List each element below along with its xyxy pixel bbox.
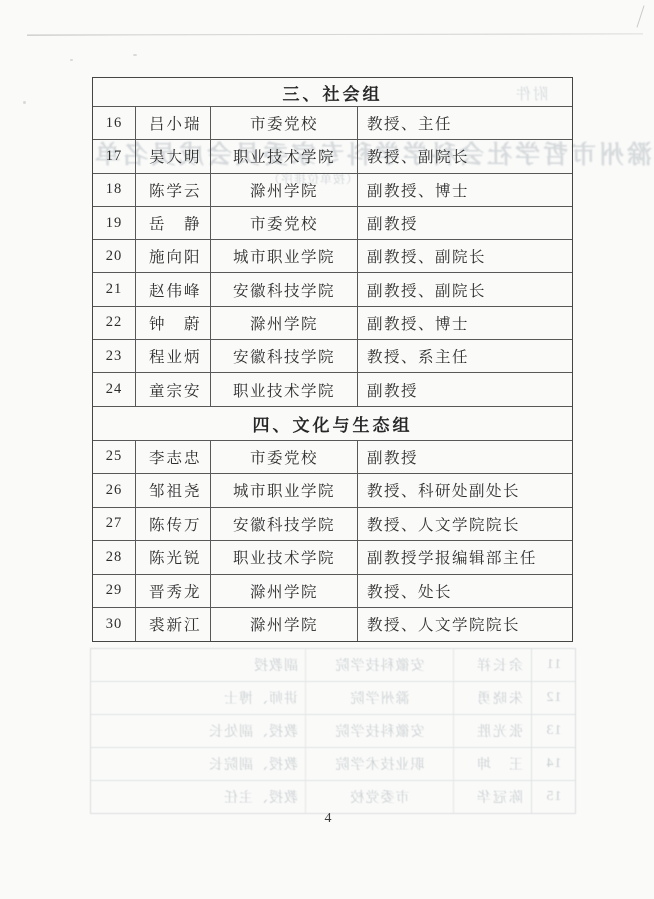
bleedthrough-cell: 11: [531, 649, 575, 681]
cell-number: 22: [93, 307, 136, 339]
cell-name: 程业炳: [136, 340, 211, 372]
table-row: 25 李志忠 市委党校 副教授: [93, 440, 572, 474]
bleedthrough-cell: 15: [531, 781, 575, 813]
section-header-social-group: 三、社会组: [93, 78, 572, 106]
cell-name: 钟 蔚: [136, 307, 211, 339]
cell-number: 17: [93, 140, 136, 172]
bleedthrough-cell: 陈冠华: [453, 781, 531, 813]
cell-institution: 市委党校: [211, 207, 358, 239]
page-number: 4: [320, 811, 336, 827]
cell-institution: 城市职业学院: [211, 240, 358, 272]
table-row: 30 裘新江 滁州学院 教授、人文学院院长: [93, 607, 572, 641]
cell-institution: 市委党校: [211, 441, 358, 474]
cell-title: 副教授、副院长: [358, 240, 572, 272]
bleedthrough-cell: 职业技术学院: [305, 748, 453, 780]
cell-title: 教授、副院长: [358, 140, 572, 172]
cell-title: 教授、人文学院院长: [358, 508, 572, 541]
cell-number: 16: [93, 107, 136, 139]
cell-title: 副教授: [358, 441, 572, 474]
bleedthrough-row: 13 张光胜 安徽科技学院 教授、副处长: [91, 714, 575, 747]
bleedthrough-cell: 14: [531, 748, 575, 780]
bleedthrough-cell: 张光胜: [453, 715, 531, 747]
cell-number: 21: [93, 273, 136, 305]
table-row: 18 陈学云 滁州学院 副教授、博士: [93, 173, 572, 206]
scan-speck: [23, 101, 26, 104]
cell-name: 晋秀龙: [136, 575, 211, 608]
bleedthrough-cell: 12: [531, 682, 575, 714]
cell-name: 邹祖尧: [136, 474, 211, 507]
table-row: 24 童宗安 职业技术学院 副教授: [93, 372, 572, 405]
cell-number: 23: [93, 340, 136, 372]
table-row: 21 赵伟峰 安徽科技学院 副教授、副院长: [93, 272, 572, 305]
cell-title: 副教授: [358, 373, 572, 405]
cell-institution: 职业技术学院: [211, 140, 358, 172]
cell-institution: 滁州学院: [211, 307, 358, 339]
bleedthrough-cell: 副教授: [91, 649, 305, 681]
cell-title: 教授、主任: [358, 107, 572, 139]
cell-title: 副教授、副院长: [358, 273, 572, 305]
cell-number: 26: [93, 474, 136, 507]
bleedthrough-row: 14 王 坤 职业技术学院 教授、副院长: [91, 747, 575, 780]
cell-number: 25: [93, 441, 136, 474]
cell-name: 吴大明: [136, 140, 211, 172]
bleedthrough-cell: 安徽科技学院: [305, 649, 453, 681]
cell-name: 施向阳: [136, 240, 211, 272]
cell-title: 副教授: [358, 207, 572, 239]
bleedthrough-cell: 讲师、博士: [91, 682, 305, 714]
scanned-document-page: 附件 滁州市哲学社会科学学科专家委员会成员名单 （按单位排序） 三、社会组 16…: [0, 0, 654, 899]
bleedthrough-cell: 13: [531, 715, 575, 747]
table-row: 19 岳 静 市委党校 副教授: [93, 206, 572, 239]
cell-number: 27: [93, 508, 136, 541]
cell-number: 28: [93, 541, 136, 574]
cell-title: 副教授学报编辑部主任: [358, 541, 572, 574]
cell-institution: 滁州学院: [211, 174, 358, 206]
cell-number: 20: [93, 240, 136, 272]
cell-institution: 安徽科技学院: [211, 340, 358, 372]
cell-name: 童宗安: [136, 373, 211, 405]
cell-number: 19: [93, 207, 136, 239]
bleedthrough-cell: 朱晓勇: [453, 682, 531, 714]
cell-name: 岳 静: [136, 207, 211, 239]
bleedthrough-cell: 教授、副院长: [91, 748, 305, 780]
bleedthrough-cell: 王 坤: [453, 748, 531, 780]
scan-speck: [70, 59, 73, 61]
scan-artifact-line: [27, 33, 643, 35]
cell-institution: 职业技术学院: [211, 541, 358, 574]
cell-title: 教授、科研处副处长: [358, 474, 572, 507]
bleedthrough-cell: 教授、主任: [91, 781, 305, 813]
table-row: 26 邹祖尧 城市职业学院 教授、科研处副处长: [93, 473, 572, 507]
table-row: 23 程业炳 安徽科技学院 教授、系主任: [93, 339, 572, 372]
bleedthrough-cell: 市委党校: [305, 781, 453, 813]
bleedthrough-row: 11 余长祥 安徽科技学院 副教授: [91, 649, 575, 681]
section-header-culture-ecology-group: 四、文化与生态组: [93, 406, 572, 440]
cell-name: 陈光锐: [136, 541, 211, 574]
cell-name: 裘新江: [136, 608, 211, 641]
cell-institution: 滁州学院: [211, 608, 358, 641]
cell-number: 24: [93, 373, 136, 405]
cell-institution: 职业技术学院: [211, 373, 358, 405]
cell-name: 吕小瑞: [136, 107, 211, 139]
roster-table: 三、社会组 16 吕小瑞 市委党校 教授、主任 17 吴大明 职业技术学院 教授…: [92, 77, 573, 642]
cell-title: 教授、系主任: [358, 340, 572, 372]
cell-name: 陈传万: [136, 508, 211, 541]
cell-institution: 安徽科技学院: [211, 508, 358, 541]
table-row: 29 晋秀龙 滁州学院 教授、处长: [93, 574, 572, 608]
cell-name: 李志忠: [136, 441, 211, 474]
bleedthrough-row: 12 朱晓勇 滁州学院 讲师、博士: [91, 681, 575, 714]
bleedthrough-row: 15 陈冠华 市委党校 教授、主任: [91, 780, 575, 813]
cell-title: 教授、人文学院院长: [358, 608, 572, 641]
bleedthrough-cell: 教授、副处长: [91, 715, 305, 747]
cell-institution: 市委党校: [211, 107, 358, 139]
cell-institution: 城市职业学院: [211, 474, 358, 507]
bleedthrough-cell: 滁州学院: [305, 682, 453, 714]
scan-artifact-scratch: [636, 5, 644, 27]
cell-number: 29: [93, 575, 136, 608]
table-row: 22 钟 蔚 滁州学院 副教授、博士: [93, 306, 572, 339]
cell-title: 副教授、博士: [358, 174, 572, 206]
bleedthrough-table: 11 余长祥 安徽科技学院 副教授 12 朱晓勇 滁州学院 讲师、博士 13 张…: [90, 648, 576, 814]
scan-speck: [133, 54, 137, 56]
cell-number: 30: [93, 608, 136, 641]
cell-title: 副教授、博士: [358, 307, 572, 339]
cell-title: 教授、处长: [358, 575, 572, 608]
table-row: 17 吴大明 职业技术学院 教授、副院长: [93, 139, 572, 172]
table-row: 16 吕小瑞 市委党校 教授、主任: [93, 106, 572, 139]
cell-institution: 滁州学院: [211, 575, 358, 608]
bleedthrough-cell: 余长祥: [453, 649, 531, 681]
bleedthrough-cell: 安徽科技学院: [305, 715, 453, 747]
cell-number: 18: [93, 174, 136, 206]
table-row: 28 陈光锐 职业技术学院 副教授学报编辑部主任: [93, 540, 572, 574]
cell-name: 赵伟峰: [136, 273, 211, 305]
table-row: 27 陈传万 安徽科技学院 教授、人文学院院长: [93, 507, 572, 541]
table-row: 20 施向阳 城市职业学院 副教授、副院长: [93, 239, 572, 272]
cell-name: 陈学云: [136, 174, 211, 206]
cell-institution: 安徽科技学院: [211, 273, 358, 305]
